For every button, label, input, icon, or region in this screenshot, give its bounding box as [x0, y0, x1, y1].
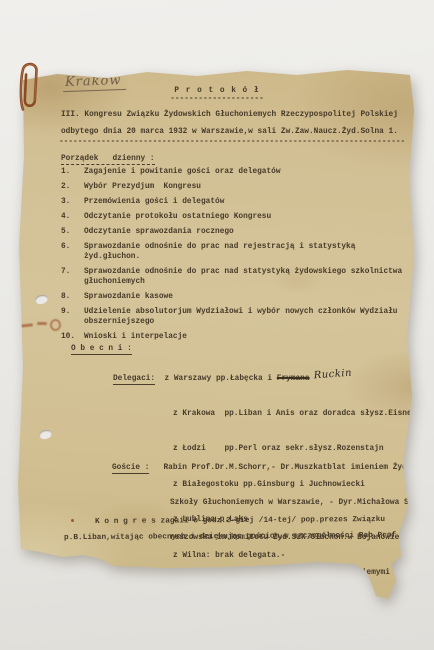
agenda-item: 7. Sprawozdanie odnośnie do prac nad sta…	[61, 267, 409, 287]
paperclip-icon	[13, 59, 48, 115]
paper-sheet: Krakow P r o t o k ó ł -----------------…	[17, 66, 417, 600]
agenda-item: 8. Sprawozdanie kasowe	[61, 292, 409, 302]
agenda-item: 3. Przemówienia gości i delegatów	[61, 197, 409, 207]
subtitle-line-1: III. Kongresu Związku Żydowskich Głuchon…	[61, 110, 398, 120]
agenda-item: 2. Wybór Prezydjum Kongresu	[61, 182, 409, 192]
rust-stain	[19, 323, 33, 327]
photo-backdrop: Krakow P r o t o k ó ł -----------------…	[0, 0, 434, 650]
handwritten-name-correction: Ruckin	[314, 369, 353, 382]
agenda-heading: Porządek dzienny :	[61, 154, 155, 164]
delegates-label: Delegaci:	[113, 375, 155, 385]
agenda-item: 9. Udzielenie absolutorjum Wydziałowi i …	[61, 307, 409, 327]
guest-line: Goście : Rabin Prof.Dr.M.Schorr,- Dr.Mus…	[112, 463, 417, 478]
rust-stain	[50, 319, 61, 331]
title-underline: --------------------	[17, 94, 417, 104]
subtitle-line-2: odbytego dnia 20 marca 1932 w Warszawie,…	[61, 127, 398, 137]
agenda-item: 4. Odczytanie protokołu ostatniego Kongr…	[61, 212, 409, 222]
document-page: Krakow P r o t o k ó ł -----------------…	[17, 66, 417, 600]
guest-line: Dr.Frajdkin im.Tow.Opieki nad żyd.głucho…	[170, 568, 417, 583]
delegate-line: Delegaci: z Warszawy pp.Łabęcka i Fryman…	[113, 373, 416, 389]
guests-label: Goście :	[112, 464, 149, 474]
agenda-item: 1. Zagajenie i powitanie gości oraz dele…	[61, 167, 409, 177]
agenda-item: 6. Sprawozdanie odnośnie do prac nad rej…	[61, 242, 409, 262]
closing-line-1: K o n g r e s zagaił o godz.2-giej /14-t…	[95, 515, 385, 527]
agenda-item: 10. Wnioski i interpelacje	[61, 332, 409, 342]
delegate-line: z Krakowa pp.Liban i Anis oraz doradca s…	[173, 409, 416, 425]
punch-hole-bottom	[38, 429, 53, 441]
ink-speck	[71, 519, 74, 522]
agenda-item: 5. Odczytanie sprawozdania rocznego	[61, 227, 409, 237]
subtitle-separator: ----------------------------------------…	[59, 137, 405, 147]
punch-hole-top	[34, 294, 49, 306]
guest-line: Szkoły Głuchoniemych w Warszawie, - Dyr.…	[170, 498, 417, 513]
struck-name: Frymana	[277, 375, 310, 383]
rust-stain	[37, 322, 47, 325]
agenda-list: 1. Zagajenie i powitanie gości oraz dele…	[61, 167, 409, 347]
